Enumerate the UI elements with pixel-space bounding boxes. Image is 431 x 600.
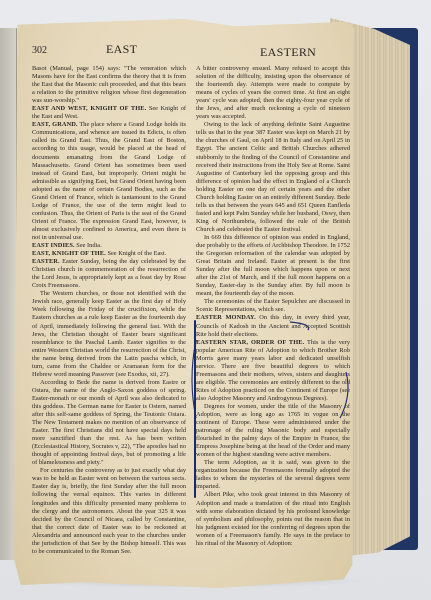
dictionary-entry: EASTER. Easter Sunday, being the day cel…	[32, 258, 186, 290]
running-head-left: EAST	[106, 42, 137, 57]
dictionary-entry: EAST, KNIGHT OF THE. See Knight of the E…	[32, 250, 186, 258]
paragraph: The term Adoption, as it is said, was gi…	[196, 459, 350, 491]
entry-text: Albert Pike, who took great interest in …	[196, 491, 350, 546]
entry-headword: EAST, KNIGHT OF THE.	[32, 250, 106, 257]
entry-text: Owing to the lack of anything definite S…	[196, 121, 350, 233]
dictionary-entry: EAST AND WEST, KNIGHT OF THE. See Knight…	[32, 105, 186, 121]
paragraph: Degrees for women, under the title of th…	[196, 403, 350, 459]
entry-text: The Western churches, or those not ident…	[32, 290, 186, 377]
entry-text: See India.	[76, 242, 101, 249]
paragraph: Basot (Manual, page 154) says: "The vene…	[32, 65, 186, 105]
page-number: 302	[32, 45, 47, 56]
entry-text: According to Bede the name is derived fr…	[32, 379, 186, 466]
entry-text: The term Adoption, as it is said, was gi…	[196, 459, 350, 490]
entry-headword: EASTERN STAR, ORDER OF THE.	[196, 339, 304, 346]
entry-headword: EAST INDIES.	[32, 242, 75, 249]
running-header: 302 EAST EASTERN	[32, 42, 340, 60]
book-page: 302 EAST EASTERN Basot (Manual, page 154…	[14, 16, 354, 588]
dictionary-entry: EAST, GRAND. The place where a Grand Lod…	[32, 121, 186, 242]
entry-text: A bitter controversy ensued. Many refuse…	[196, 65, 350, 120]
left-cover-edge	[0, 28, 17, 560]
paragraph: According to Bede the name is derived fr…	[32, 379, 186, 468]
left-column: Basot (Manual, page 154) says: "The vene…	[32, 65, 186, 556]
right-column: A bitter controversy ensued. Many refuse…	[196, 65, 350, 548]
entry-headword: EASTER.	[32, 258, 60, 265]
paragraph: Owing to the lack of anything definite S…	[196, 121, 350, 234]
running-head-right: EASTERN	[260, 45, 316, 60]
entry-headword: EAST, GRAND.	[32, 121, 78, 128]
dictionary-entry: EASTERN STAR, ORDER OF THE. This is the …	[196, 339, 350, 403]
entry-text: Degrees for women, under the title of th…	[196, 403, 350, 458]
dictionary-entry: EAST INDIES. See India.	[32, 242, 186, 250]
entry-text: This is the very popular American Rite o…	[196, 339, 350, 402]
dictionary-entry: EASTER MONDAY. On this day, in every thi…	[196, 314, 350, 338]
paragraph: For centuries the controversy as to just…	[32, 467, 186, 556]
entry-headword: EAST AND WEST, KNIGHT OF THE.	[32, 105, 146, 112]
entry-text: See Knight of the East.	[107, 250, 166, 257]
entry-text: In 669 this difference of opinion was en…	[196, 234, 350, 297]
entry-text: The ceremonies of the Easter Sepulchre a…	[196, 298, 350, 313]
entry-text: For centuries the controversy as to just…	[32, 467, 186, 554]
paragraph: Albert Pike, who took great interest in …	[196, 491, 350, 547]
entry-text: Basot (Manual, page 154) says: "The vene…	[32, 65, 186, 104]
entry-text: The place where a Grand Lodge holds its …	[32, 121, 186, 241]
paragraph: A bitter controversy ensued. Many refuse…	[196, 65, 350, 121]
paragraph: The ceremonies of the Easter Sepulchre a…	[196, 298, 350, 314]
paragraph: In 669 this difference of opinion was en…	[196, 234, 350, 298]
pen-margin-line	[194, 320, 196, 498]
paragraph: The Western churches, or those not ident…	[32, 290, 186, 379]
entry-headword: EASTER MONDAY.	[196, 314, 256, 321]
